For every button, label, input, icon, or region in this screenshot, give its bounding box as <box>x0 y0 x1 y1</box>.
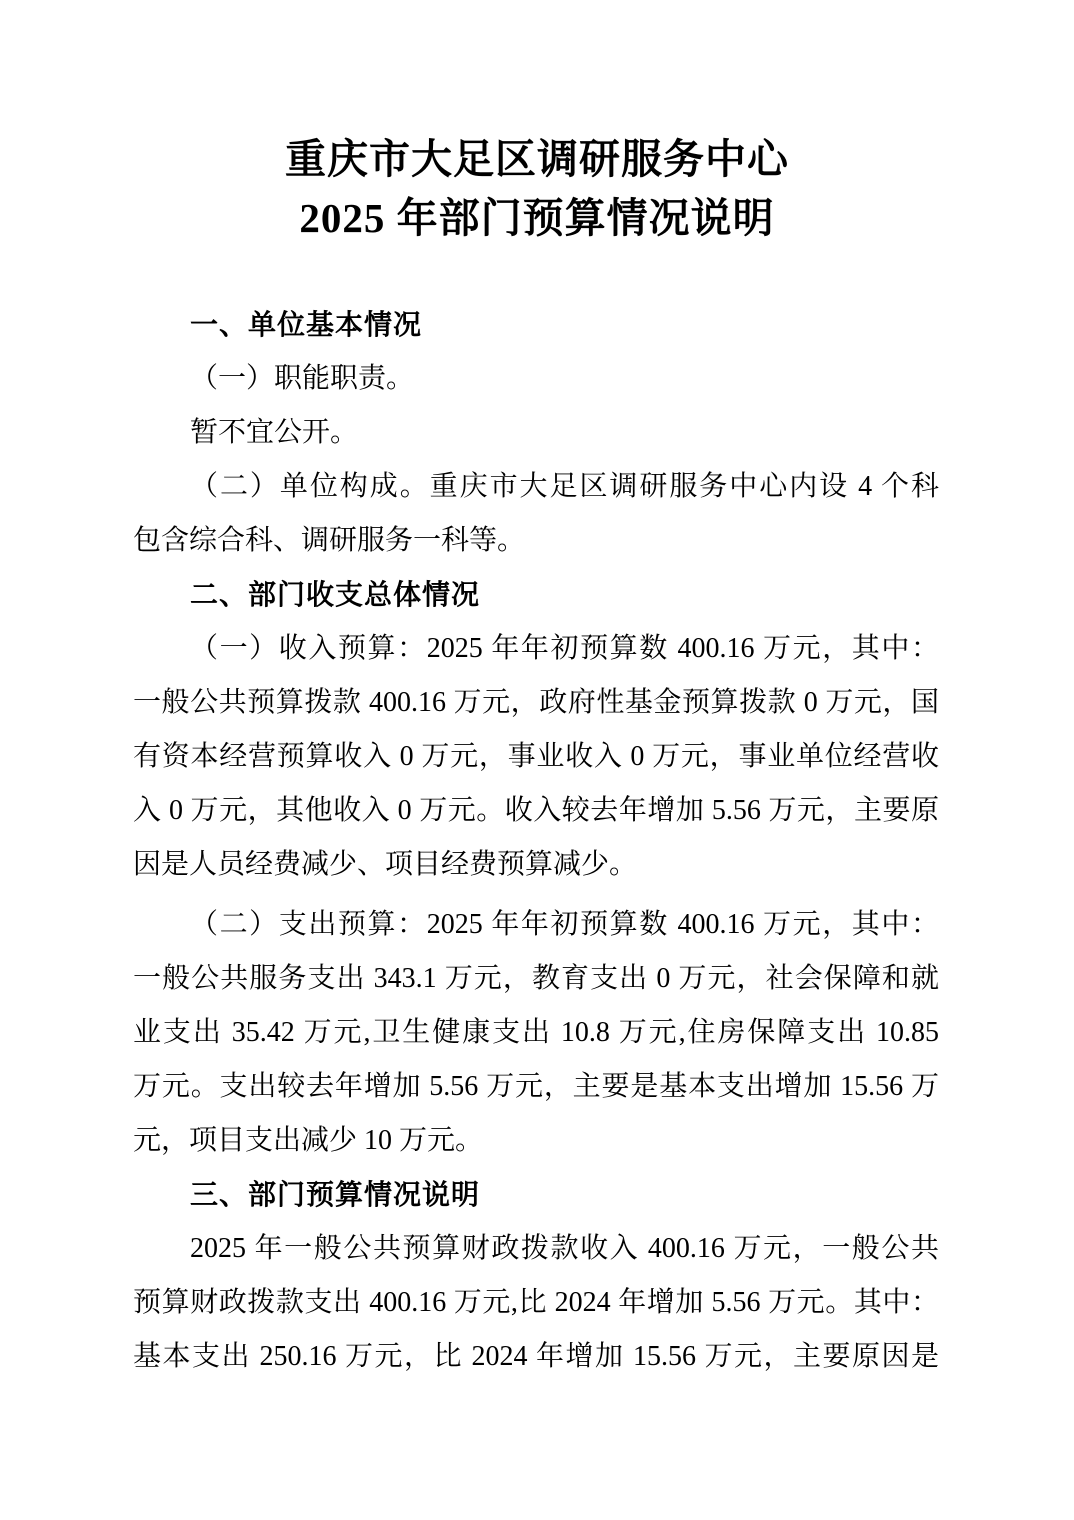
body-line: 2025 年一般公共预算财政拨款收入 400.16 万元，一般公共 <box>133 1222 939 1276</box>
body-line: 暂不宜公开。 <box>133 406 939 460</box>
section-heading-1: 一、单位基本情况 <box>133 298 939 352</box>
body-line: 入 0 万元，其他收入 0 万元。收入较去年增加 5.56 万元，主要原 <box>133 784 939 838</box>
body-line: 基本支出 250.16 万元，比 2024 年增加 15.56 万元，主要原因是 <box>133 1330 939 1384</box>
section-heading-3: 三、部门预算情况说明 <box>133 1168 939 1222</box>
body-line: 万元。支出较去年增加 5.56 万元，主要是基本支出增加 15.56 万 <box>133 1060 939 1114</box>
document-title-line1: 重庆市大足区调研服务中心 <box>0 130 1074 189</box>
body-line: 一般公共服务支出 343.1 万元，教育支出 0 万元，社会保障和就 <box>133 952 939 1006</box>
body-line: 包含综合科、调研服务一科等。 <box>133 514 939 568</box>
body-line: 业支出 35.42 万元,卫生健康支出 10.8 万元,住房保障支出 10.85 <box>133 1006 939 1060</box>
document-body: 一、单位基本情况 （一）职能职责。 暂不宜公开。 （二）单位构成。重庆市大足区调… <box>133 298 939 1384</box>
body-line: 因是人员经费减少、项目经费预算减少。 <box>133 838 939 892</box>
body-line: 预算财政拨款支出 400.16 万元,比 2024 年增加 5.56 万元。其中… <box>133 1276 939 1330</box>
body-line: 有资本经营预算收入 0 万元，事业收入 0 万元，事业单位经营收 <box>133 730 939 784</box>
document-title: 重庆市大足区调研服务中心 2025 年部门预算情况说明 <box>0 0 1074 248</box>
document-page: 重庆市大足区调研服务中心 2025 年部门预算情况说明 一、单位基本情况 （一）… <box>0 0 1074 1520</box>
body-line: 元，项目支出减少 10 万元。 <box>133 1114 939 1168</box>
body-line: （二）单位构成。重庆市大足区调研服务中心内设 4 个科室， <box>133 460 939 514</box>
body-line: （二）支出预算：2025 年年初预算数 400.16 万元，其中： <box>133 898 939 952</box>
document-title-line2: 2025 年部门预算情况说明 <box>0 189 1074 248</box>
body-line: （一）收入预算：2025 年年初预算数 400.16 万元，其中： <box>133 622 939 676</box>
section-heading-2: 二、部门收支总体情况 <box>133 568 939 622</box>
body-line: （一）职能职责。 <box>133 352 939 406</box>
body-line: 一般公共预算拨款 400.16 万元，政府性基金预算拨款 0 万元，国 <box>133 676 939 730</box>
